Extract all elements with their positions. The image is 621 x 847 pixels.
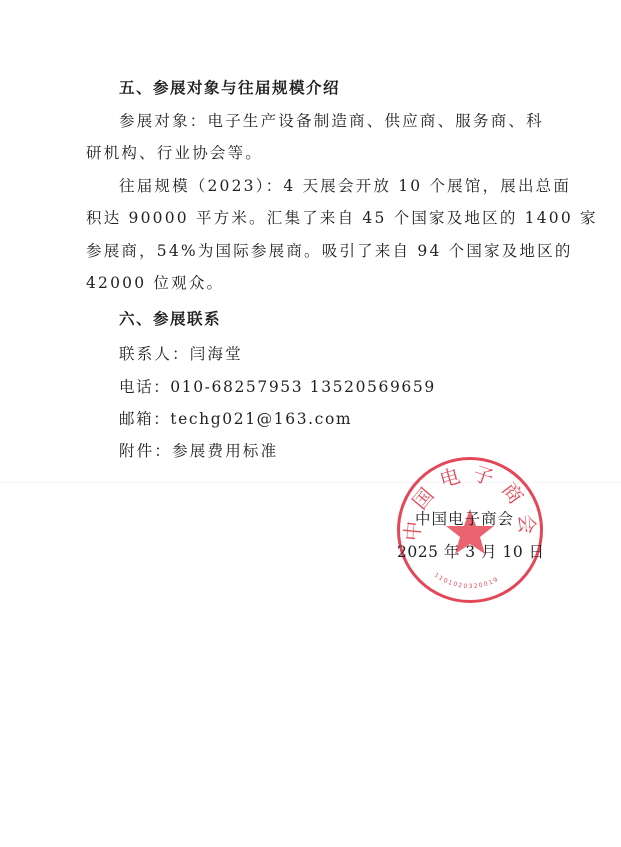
section-5-heading: 五、参展对象与往届规模介绍: [119, 78, 340, 98]
previous-scale-line-1: 往届规模（2023）：4 天展会开放 10 个展馆，展出总面: [119, 176, 571, 196]
attachment-note: 附件：参展费用标准: [119, 441, 278, 461]
section-6-heading: 六、参展联系: [119, 309, 221, 329]
previous-scale-line-2: 积达 90000 平方米。汇集了来自 45 个国家及地区的 1400 家: [86, 208, 598, 228]
official-seal-stamp: 中国电子商会 1101020320019: [397, 457, 543, 603]
contact-phone: 电话：010-68257953 13520569659: [119, 377, 436, 397]
signature-organization: 中国电子商会: [415, 509, 514, 529]
previous-scale-line-3: 参展商，54%为国际参展商。吸引了来自 94 个国家及地区的: [86, 241, 573, 261]
exhibitors-line-1: 参展对象：电子生产设备制造商、供应商、服务商、科: [119, 111, 544, 131]
exhibitors-line-2: 研机构、行业协会等。: [86, 143, 263, 163]
contact-email: 邮箱：techg021@163.com: [119, 409, 352, 429]
contact-person: 联系人：闫海堂: [119, 344, 243, 364]
seal-star-icon: 中国电子商会 1101020320019: [397, 457, 543, 603]
previous-scale-line-4: 42000 位观众。: [86, 273, 224, 293]
signature-date: 2025 年 3 月 10 日: [397, 542, 545, 562]
svg-text:1101020320019: 1101020320019: [433, 572, 500, 591]
